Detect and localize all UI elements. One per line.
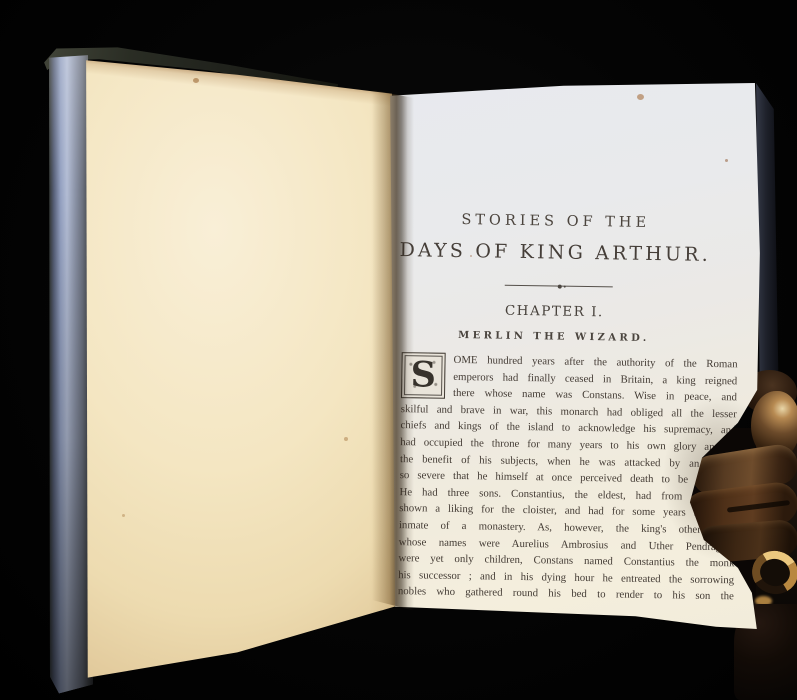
foxing-spot <box>122 514 125 517</box>
left-page <box>78 52 403 684</box>
photo-backdrop: STORIES OF THE DAYS OF KING ARTHUR. CHAP… <box>0 0 797 700</box>
foxing-spot <box>344 437 348 441</box>
gutter-shadow <box>372 82 414 616</box>
body-text: OME hundred years after the authority of… <box>398 351 738 605</box>
page-title-line1: STORIES OF THE <box>384 211 728 232</box>
foxing-spot <box>193 78 199 83</box>
page-title-line2: DAYS OF KING ARTHUR. <box>383 239 727 266</box>
printed-text: STORIES OF THE DAYS OF KING ARTHUR. CHAP… <box>377 77 764 639</box>
right-page: STORIES OF THE DAYS OF KING ARTHUR. CHAP… <box>386 78 764 634</box>
chapter-subtitle: MERLIN THE WIZARD. <box>382 329 726 345</box>
page-edge-toning <box>72 54 412 109</box>
chapter-heading: CHAPTER I. <box>382 301 726 322</box>
title-divider-rule <box>505 285 613 288</box>
